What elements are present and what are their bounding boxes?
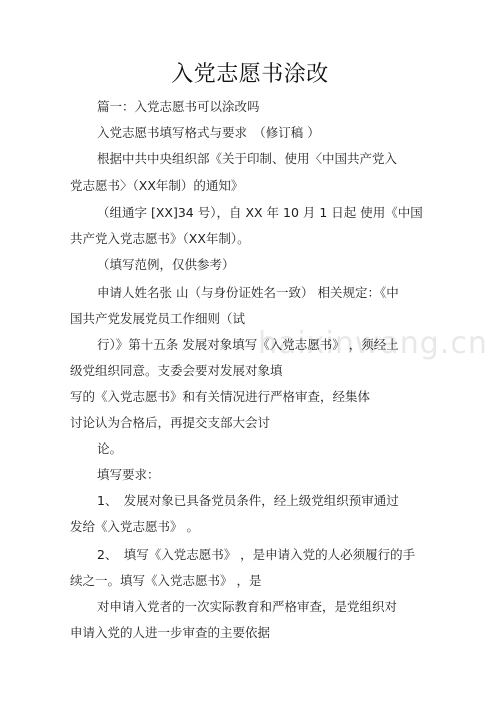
paragraph-line: 续之一。填写《入党志愿书》 ，是 (70, 572, 261, 590)
paragraph-line: 共产党入党志愿书》（XX年制）。 (70, 230, 250, 248)
paragraph-line: 写的《入党志愿书》和有关情况进行严格审查，经集体 (70, 388, 370, 406)
subheading: 填写要求： (97, 466, 160, 484)
paragraph-line: （组通字 [XX]34 号），自 XX 年 10 月 1 日起 使用《中国 (97, 204, 423, 222)
section-heading: 篇一：入党志愿书可以涂改吗 (97, 98, 260, 116)
paragraph-line: 对申请入党者的一次实际教育和严格审查，是党组织对 (97, 598, 397, 616)
paragraph-line: 论。 (97, 440, 122, 458)
paragraph-line: 申请人姓名张 山（与身份证姓名一致） 相关规定：《中 (97, 284, 399, 302)
paragraph-line: 国共产党发展党员工作细则（试 (70, 310, 245, 328)
paragraph-line: （填写范例，仅供参考） (97, 256, 235, 274)
paragraph-line: 行）》第十五条 发展对象填写《入党志愿书》 ，须经上 (97, 336, 399, 354)
paragraph-line: 党志愿书〉（XX年制）的通知》 (70, 177, 243, 195)
paragraph-line: 级党组织同意。支委会要对发展对象填 (70, 362, 283, 380)
list-item: 1、 发展对象已具备党员条件，经上级党组织预审通过 (97, 492, 399, 510)
document-page: 入党志愿书涂改 篇一：入党志愿书可以涂改吗 入党志愿书填写格式与要求 （修订稿 … (0, 0, 500, 708)
paragraph-line: 根据中共中央组织部《关于印制、使用〈中国共产党入 (97, 150, 397, 168)
paragraph-line: 申请入党的人进一步审查的主要依据 (70, 624, 270, 642)
paragraph-line: 入党志愿书填写格式与要求 （修订稿 ） (97, 124, 320, 142)
document-title: 入党志愿书涂改 (0, 60, 500, 90)
paragraph-line: 讨论认为合格后，再提交支部大会讨 (70, 414, 270, 432)
list-item: 2、 填写《入党志愿书》 ，是申请入党的人必须履行的手 (97, 546, 415, 564)
paragraph-line: 发给《入党志愿书》 。 (70, 518, 199, 536)
